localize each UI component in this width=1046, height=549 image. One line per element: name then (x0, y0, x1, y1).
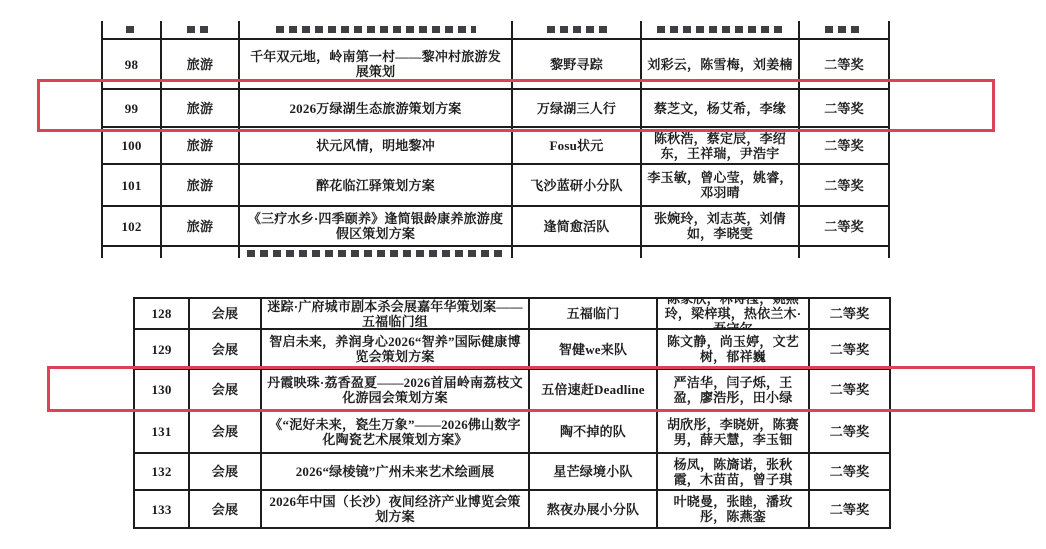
serial-cell: 101 (103, 165, 162, 205)
table-row-100: 100 旅游 状元风情，明地黎冲 Fosu状元 陈秋浩，蔡定辰，李绍东，王祥瑞，… (103, 128, 888, 165)
serial-cell (103, 21, 162, 38)
clipped-text-fragment (825, 26, 863, 33)
serial-cell: 100 (103, 128, 162, 163)
table-row-129: 129 会展 智启未来，养润身心2026“智养”国际健康博览会策划方案 智健we… (135, 330, 889, 370)
project-cell: 迷踪·广府城市剧本杀会展嘉年华策划案——五福临门组 (262, 299, 530, 328)
project-cell (240, 247, 513, 258)
team-cell: 五福临门 (530, 299, 658, 328)
award-cell: 二等奖 (810, 299, 889, 328)
clipped-text-fragment (187, 26, 213, 33)
members-cell: 张婉玲，刘志英，刘倩如，李晓雯 (642, 207, 800, 245)
members-cell: 李玉敏，曾心莹，姚睿，邓羽晴 (642, 165, 800, 205)
award-cell: 二等奖 (800, 165, 888, 205)
award-cell: 二等奖 (810, 454, 889, 489)
members-cell: 叶晓曼，张睦，潘玫彤，陈燕銮 (658, 491, 810, 527)
members-cell: 陈家欣，林诗滢，姚燕玲，梁梓琪，热依兰木·吾守尔 (658, 299, 810, 328)
category-cell: 旅游 (162, 128, 240, 163)
table-row-101: 101 旅游 醉花临江驿策划方案 飞沙蓝研小分队 李玉敏，曾心莹，姚睿，邓羽晴 … (103, 165, 888, 207)
members-cell: 陈秋浩，蔡定辰，李绍东，王祥瑞，尹浩宇 (642, 128, 800, 163)
category-cell: 会展 (190, 454, 262, 489)
highlight-box-row-130 (47, 366, 1035, 412)
serial-cell: 131 (135, 411, 190, 452)
team-cell (513, 21, 642, 38)
serial-cell: 102 (103, 207, 162, 245)
category-cell (162, 21, 240, 38)
serial-cell: 129 (135, 330, 190, 368)
category-cell (162, 247, 240, 258)
table-row-132: 132 会展 2026“绿棱镜”广州未来艺术绘画展 星芒绿境小队 杨凤，陈旖诺，… (135, 454, 889, 491)
project-cell (240, 21, 513, 38)
category-cell: 会展 (190, 491, 262, 527)
clipped-row-top (103, 21, 888, 40)
project-cell: 《三疗水乡·四季颐养》逢简银龄康养旅游度假区策划方案 (240, 207, 513, 245)
highlight-box-row-99 (37, 79, 995, 132)
project-cell: 《“泥好未来，瓷生万象”——2026佛山数字化陶瓷艺术展策划方案》 (262, 411, 530, 452)
serial-cell (103, 247, 162, 258)
awards-table-lower: 128 会展 迷踪·广府城市剧本杀会展嘉年华策划案——五福临门组 五福临门 陈家… (133, 297, 891, 529)
members-cell: 杨凤，陈旖诺，张秋霞，木苗苗，曾子琪 (658, 454, 810, 489)
award-cell (800, 247, 888, 258)
project-cell: 状元风情，明地黎冲 (240, 128, 513, 163)
members-cell: 陈文静，尚玉婷，文艺树，郁祥巍 (658, 330, 810, 368)
table-row-131: 131 会展 《“泥好未来，瓷生万象”——2026佛山数字化陶瓷艺术展策划方案》… (135, 411, 889, 454)
members-cell: 胡欣彤，李晓妍，陈赛男，薛天慧，李玉钿 (658, 411, 810, 452)
category-cell: 会展 (190, 411, 262, 452)
team-cell: Fosu状元 (513, 128, 642, 163)
award-cell: 二等奖 (810, 330, 889, 368)
document-page: 98 旅游 千年双元地，岭南第一村——黎冲村旅游发展策划 黎野寻踪 刘彩云，陈雪… (0, 0, 1046, 549)
clipped-row-bottom (103, 247, 888, 258)
table-row-133: 133 会展 2026年中国（长沙）夜间经济产业博览会策划方案 熬夜办展小分队 … (135, 491, 889, 527)
project-cell: 智启未来，养润身心2026“智养”国际健康博览会策划方案 (262, 330, 530, 368)
team-cell: 智健we来队 (530, 330, 658, 368)
table-row-128: 128 会展 迷踪·广府城市剧本杀会展嘉年华策划案——五福临门组 五福临门 陈家… (135, 299, 889, 330)
category-cell: 旅游 (162, 165, 240, 205)
award-cell: 二等奖 (810, 491, 889, 527)
awards-table-upper: 98 旅游 千年双元地，岭南第一村——黎冲村旅游发展策划 黎野寻踪 刘彩云，陈雪… (101, 21, 890, 258)
clipped-text-fragment (247, 250, 505, 257)
serial-cell: 128 (135, 299, 190, 328)
award-cell: 二等奖 (810, 411, 889, 452)
serial-cell: 133 (135, 491, 190, 527)
project-cell: 醉花临江驿策划方案 (240, 165, 513, 205)
project-cell: 2026“绿棱镜”广州未来艺术绘画展 (262, 454, 530, 489)
category-cell: 会展 (190, 330, 262, 368)
team-cell (513, 247, 642, 258)
category-cell: 会展 (190, 299, 262, 328)
members-cell (642, 247, 800, 258)
serial-cell: 132 (135, 454, 190, 489)
clipped-text-fragment (547, 26, 607, 33)
award-cell: 二等奖 (800, 128, 888, 163)
members-cell (642, 21, 800, 38)
team-cell: 逢简愈活队 (513, 207, 642, 245)
team-cell: 熬夜办展小分队 (530, 491, 658, 527)
team-cell: 星芒绿境小队 (530, 454, 658, 489)
clipped-text-fragment (657, 26, 783, 33)
team-cell: 飞沙蓝研小分队 (513, 165, 642, 205)
award-cell (800, 21, 888, 38)
team-cell: 陶不掉的队 (530, 411, 658, 452)
category-cell: 旅游 (162, 207, 240, 245)
table-row-102: 102 旅游 《三疗水乡·四季颐养》逢简银龄康养旅游度假区策划方案 逢简愈活队 … (103, 207, 888, 247)
clipped-text-fragment (276, 26, 476, 33)
clipped-text-fragment (126, 26, 138, 33)
award-cell: 二等奖 (800, 207, 888, 245)
project-cell: 2026年中国（长沙）夜间经济产业博览会策划方案 (262, 491, 530, 527)
